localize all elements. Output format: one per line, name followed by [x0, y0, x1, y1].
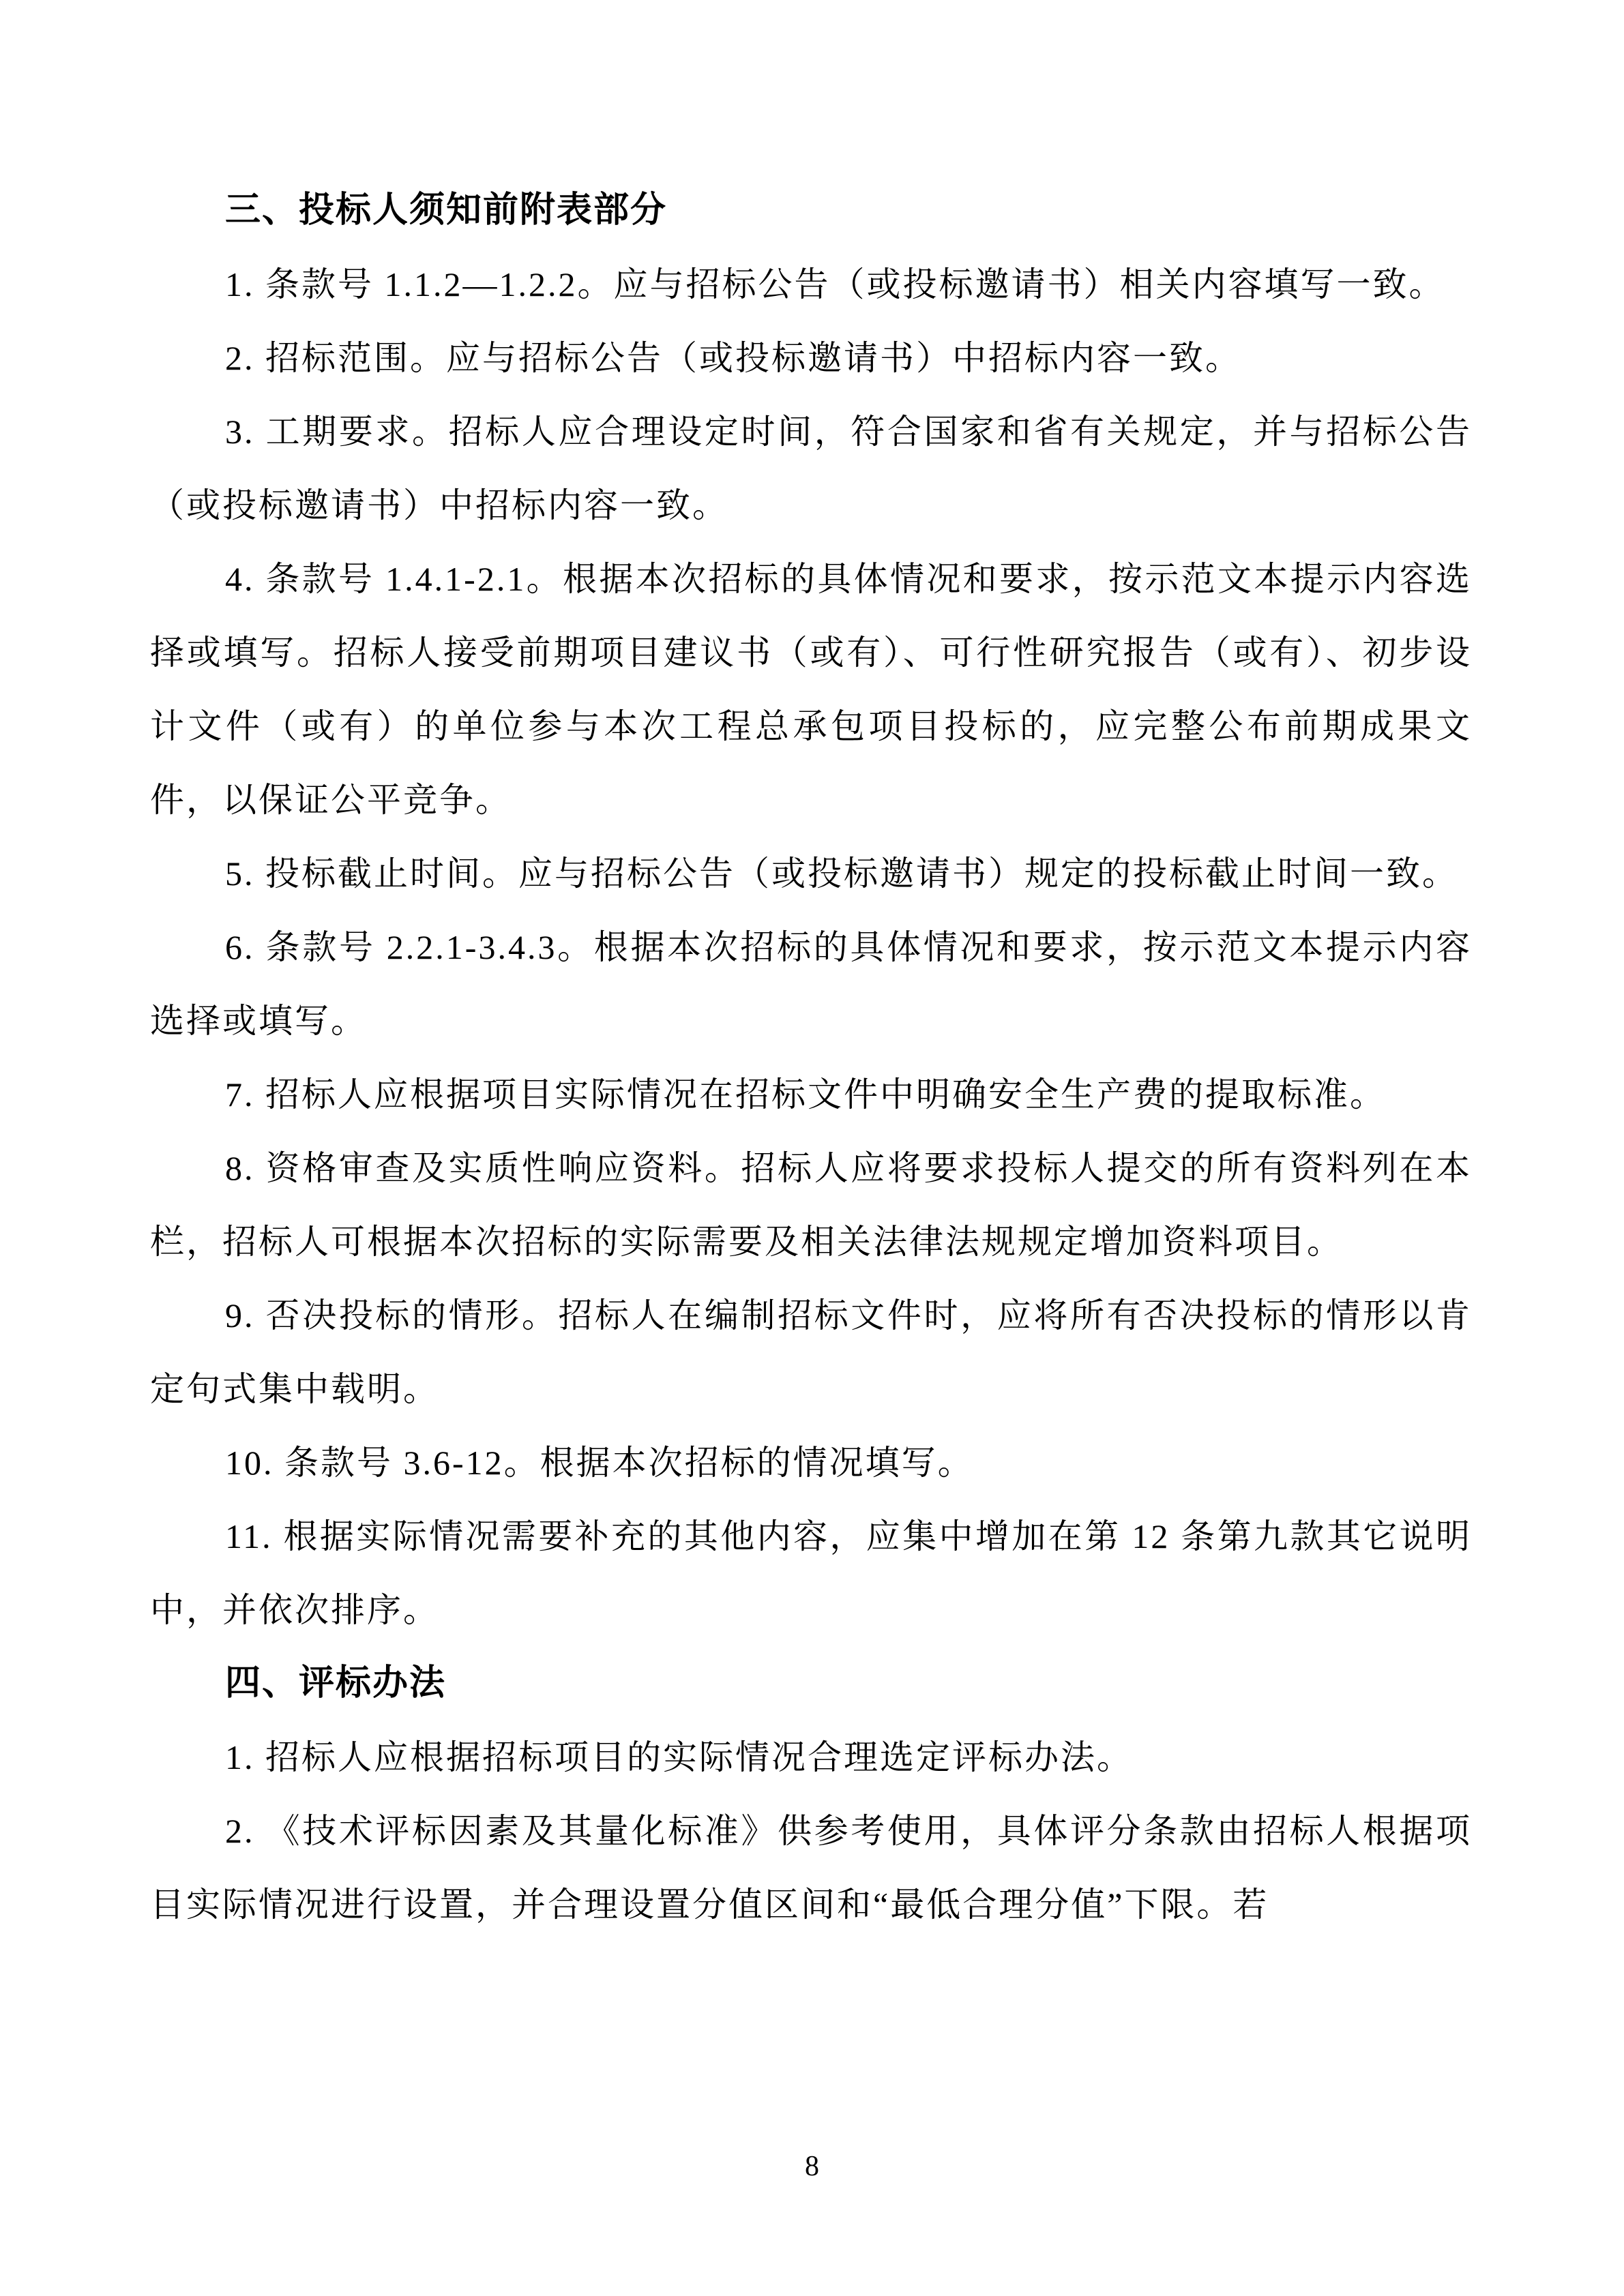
section-heading-evaluation-method: 四、评标办法 [150, 1647, 1472, 1720]
paragraph-item-4: 4. 条款号 1.4.1-2.1。根据本次招标的具体情况和要求，按示范文本提示内… [150, 542, 1472, 837]
paragraph-item-11: 11. 根据实际情况需要补充的其他内容，应集中增加在第 12 条第九款其它说明中… [150, 1500, 1472, 1647]
paragraph-item-10: 10. 条款号 3.6-12。根据本次招标的情况填写。 [150, 1426, 1472, 1500]
paragraph-item-7: 7. 招标人应根据项目实际情况在招标文件中明确安全生产费的提取标准。 [150, 1058, 1472, 1131]
paragraph-item-5: 5. 投标截止时间。应与招标公告（或投标邀请书）规定的投标截止时间一致。 [150, 837, 1472, 910]
document-body: 三、投标人须知前附表部分 1. 条款号 1.1.2—1.2.2。应与招标公告（或… [150, 174, 1472, 1941]
paragraph-item-1: 1. 条款号 1.1.2—1.2.2。应与招标公告（或投标邀请书）相关内容填写一… [150, 248, 1472, 321]
page-number: 8 [0, 2151, 1624, 2181]
paragraph-item-3: 3. 工期要求。招标人应合理设定时间，符合国家和省有关规定，并与招标公告（或投标… [150, 395, 1472, 542]
paragraph-item-2: 2. 招标范围。应与招标公告（或投标邀请书）中招标内容一致。 [150, 321, 1472, 395]
paragraph-eval-1: 1. 招标人应根据招标项目的实际情况合理选定评标办法。 [150, 1720, 1472, 1794]
document-page: 三、投标人须知前附表部分 1. 条款号 1.1.2—1.2.2。应与招标公告（或… [0, 0, 1624, 2296]
paragraph-item-9: 9. 否决投标的情形。招标人在编制招标文件时，应将所有否决投标的情形以肯定句式集… [150, 1279, 1472, 1426]
paragraph-item-6: 6. 条款号 2.2.1-3.4.3。根据本次招标的具体情况和要求，按示范文本提… [150, 910, 1472, 1058]
section-heading-bidder-instructions-table: 三、投标人须知前附表部分 [150, 174, 1472, 248]
paragraph-eval-2: 2. 《技术评标因素及其量化标准》供参考使用，具体评分条款由招标人根据项目实际情… [150, 1794, 1472, 1941]
paragraph-item-8: 8. 资格审查及实质性响应资料。招标人应将要求投标人提交的所有资料列在本栏，招标… [150, 1131, 1472, 1279]
